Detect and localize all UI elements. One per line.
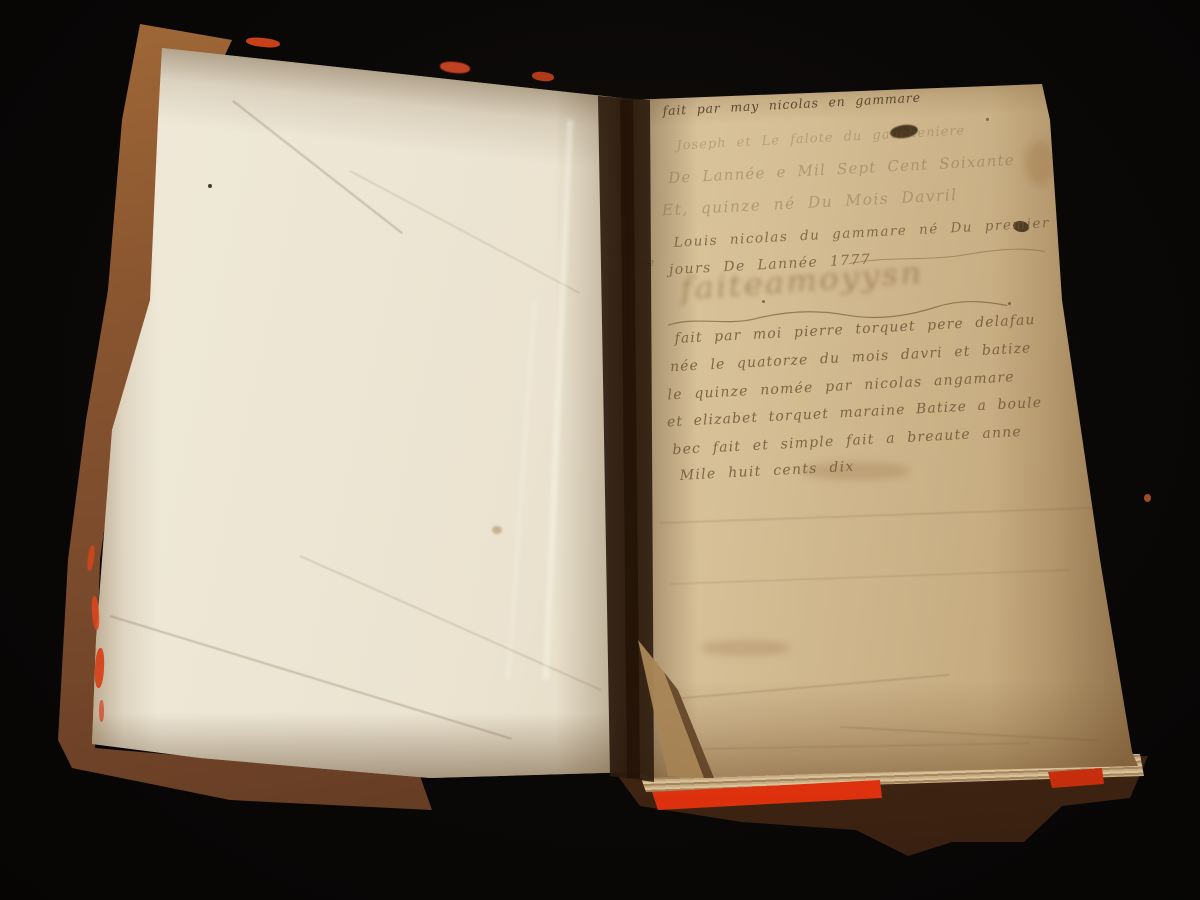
stain bbox=[740, 30, 810, 44]
manuscript-line: Louis nicolas du gammare né Du premier bbox=[673, 215, 1050, 251]
ink-speck bbox=[208, 184, 212, 188]
manuscript-line: Joseph et Le falote du gaucheniere bbox=[676, 123, 965, 153]
manuscript-line: fait par may nicolas en gammare bbox=[662, 90, 921, 119]
manuscript-line: Mile huit cents dix bbox=[679, 459, 855, 484]
red-paint-spot-top bbox=[440, 60, 471, 74]
manuscript-line: Et, quinze né Du Mois Davril bbox=[661, 186, 957, 219]
manuscript-text-block: fait par may nicolas en gammare Joseph e… bbox=[648, 77, 1079, 518]
flourish-squiggle bbox=[847, 245, 1047, 267]
red-paint-spot-top bbox=[246, 36, 281, 49]
photo-stage: fait par may nicolas en gammare Joseph e… bbox=[0, 0, 1200, 900]
red-paint-streak-left bbox=[99, 700, 104, 722]
manuscript-line: De Lannée e Mil Sept Cent Soixante bbox=[668, 151, 1015, 187]
background-speck bbox=[1144, 494, 1151, 502]
fold-highlight bbox=[507, 300, 537, 679]
red-paint-spot-top bbox=[532, 71, 555, 82]
stain bbox=[492, 526, 502, 534]
manuscript-line: née le quatorze du mois davri et batize bbox=[670, 340, 1032, 375]
manuscript-line: bec fait et simple fait a breaute anne bbox=[672, 424, 1022, 458]
stain bbox=[700, 640, 790, 656]
page-crease bbox=[350, 170, 581, 294]
